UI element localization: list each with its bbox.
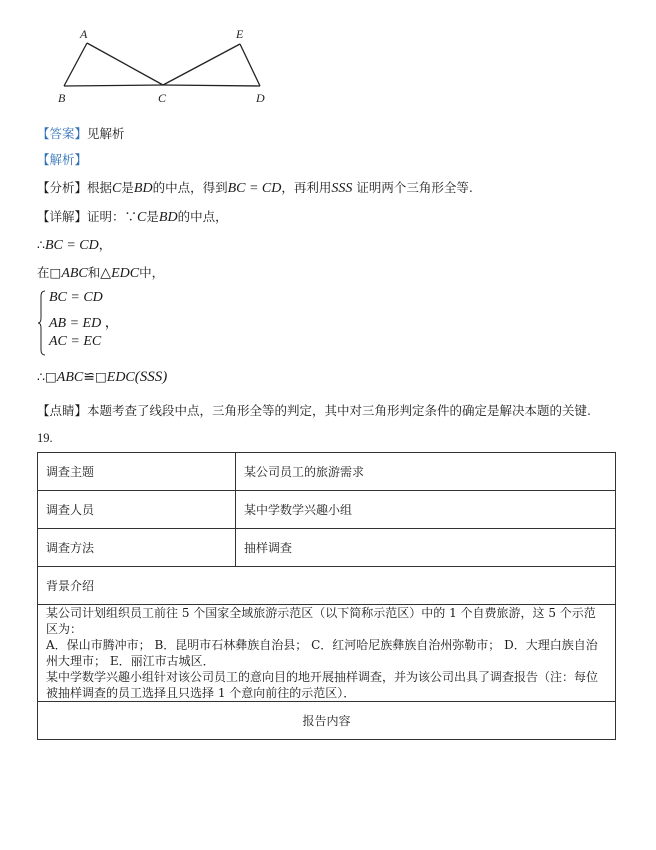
text: ，再利用 [281,180,331,195]
dianjing-label: 【点睛】 [37,403,87,418]
therefore-symbol: ∴ [37,237,45,252]
table-row: 调查方法 抽样调查 [38,529,616,567]
label-d: D [255,91,265,105]
math-sss: SSS [331,181,352,196]
table-value: 抽样调查 [236,529,616,567]
question-number: 19. [37,430,53,446]
analysis-header: 【解析】 [37,152,87,168]
report-header: 报告内容 [38,702,616,740]
table-row: 某公司计划组织员工前往 5 个国家全域旅游示范区（以下简称示范区）中的 1 个自… [38,605,616,702]
table-row: 报告内容 [38,702,616,740]
table-value: 某公司员工的旅游需求 [236,453,616,491]
triangle-symbol-missing: □ [45,369,57,384]
equation-system: BC = CD AB = ED ， AC = EC [37,290,157,356]
answer-text: 见解析 [87,126,125,141]
background-paragraph-3: 某中学数学兴趣小组针对该公司员工的意向目的地开展抽样调查，并为该公司出具了调查报… [46,669,607,701]
math-c: C [137,210,146,225]
math-bd: BD [134,181,153,196]
math-bc-eq-cd: BC = CD [45,238,99,253]
table-row: 调查人员 某中学数学兴趣小组 [38,491,616,529]
therefore-symbol: ∴ [37,369,45,384]
background-paragraph-2: A．保山市腾冲市； B．昆明市石林彝族自治县； C．红河哈尼族彝族自治州弥勒市；… [46,637,607,669]
label-e: E [235,27,244,41]
label-b: B [58,91,66,105]
equation-3: AC = EC [49,334,101,350]
math-c: C [112,181,121,196]
triangle-symbol: △ [100,266,111,281]
math-bc-eq-cd: BC = CD [228,181,282,196]
label-a: A [79,27,88,41]
triangle-symbol-missing: □ [50,265,62,280]
table-key: 调查方法 [38,529,236,567]
text: 在 [37,265,50,280]
text: 和 [88,265,101,280]
table-row: 调查主题 某公司员工的旅游需求 [38,453,616,491]
left-brace-icon [37,290,47,356]
text: 证明：∵ [87,209,137,224]
text: ， [99,237,112,252]
equation-2-text: AB = ED [49,316,101,331]
math-sss: (SSS) [135,369,168,385]
fenxi-line: 【分析】根据C是BD的中点，得到BC = CD，再利用SSS 证明两个三角形全等… [37,180,473,197]
math-abc: ABC [57,370,83,385]
background-header: 背景介绍 [38,567,616,605]
equation-1: BC = CD [49,290,103,306]
text: 的中点，得到 [153,180,228,195]
dianjing-line: 【点睛】本题考查了线段中点，三角形全等的判定，其中对三角形判定条件的确定是解决本… [37,403,591,419]
table-key: 调查主题 [38,453,236,491]
table-value: 某中学数学兴趣小组 [236,491,616,529]
equation-2: AB = ED ， [49,312,119,332]
math-edc: EDC [111,266,139,281]
background-content: 某公司计划组织员工前往 5 个国家全域旅游示范区（以下简称示范区）中的 1 个自… [38,605,616,702]
table-row: 背景介绍 [38,567,616,605]
math-edc: EDC [107,370,135,385]
label-c: C [158,91,167,105]
answer-line: 【答案】见解析 [37,126,125,142]
text: 证明两个三角形全等. [356,180,472,195]
text: ， [101,316,119,331]
congruent-symbol: ≌ [83,370,95,385]
background-paragraph-1: 某公司计划组织员工前往 5 个国家全域旅游示范区（以下简称示范区）中的 1 个自… [46,605,607,637]
text: 是 [146,209,159,224]
survey-table: 调查主题 某公司员工的旅游需求 调查人员 某中学数学兴趣小组 调查方法 抽样调查… [37,452,616,740]
xiangjie-label: 【详解】 [37,209,87,224]
triangle-symbol-missing: □ [95,369,107,384]
text: 是 [121,180,134,195]
math-bd: BD [159,210,178,225]
text: 的中点， [178,209,228,224]
dianjing-text: 本题考查了线段中点，三角形全等的判定，其中对三角形判定条件的确定是解决本题的关键… [87,403,591,418]
answer-label: 【答案】 [37,126,87,141]
analysis-label: 【解析】 [37,152,87,167]
xiangjie-line: 【详解】证明：∵C是BD的中点， [37,209,228,226]
step2-line: 在□ABC和△EDC中， [37,265,164,282]
text: 中， [139,265,164,280]
two-triangles-diagram: A B C D E [50,18,290,108]
fenxi-label: 【分析】 [37,180,87,195]
conclusion-line: ∴□ABC≌□EDC(SSS) [37,369,167,386]
step1-line: ∴BC = CD， [37,237,111,254]
text: 根据 [87,180,112,195]
triangle-figure: A B C D E [50,18,290,108]
math-abc: ABC [61,266,87,281]
table-key: 调查人员 [38,491,236,529]
